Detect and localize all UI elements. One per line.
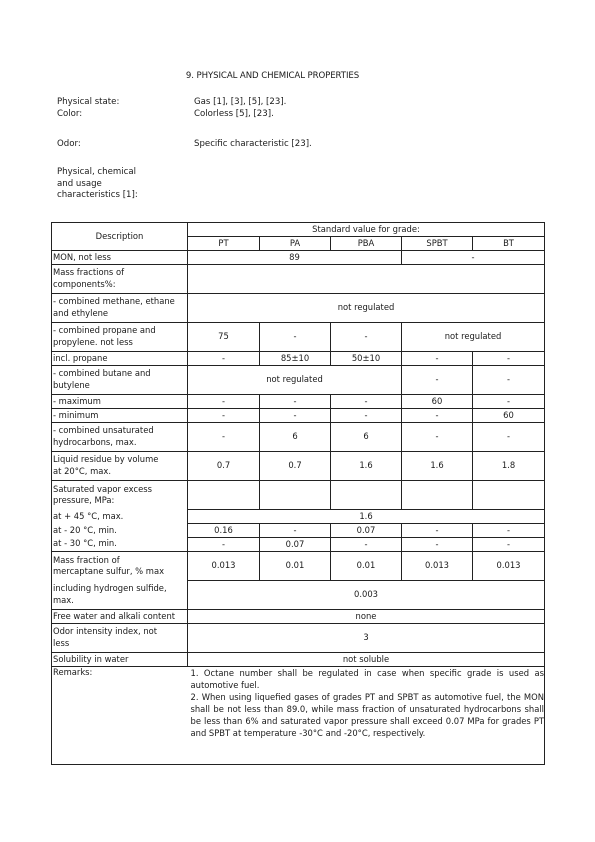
- row-label-line: Mass fractions of: [53, 267, 185, 279]
- row-label-line: Mass fraction of: [53, 555, 185, 567]
- cell-value: -: [402, 524, 473, 538]
- description-header: Description: [52, 223, 188, 251]
- cell-value: 0.07: [331, 524, 402, 538]
- row-label: - combined methane, ethaneand ethylene: [52, 294, 188, 323]
- characteristics-label: Physical, chemical and usage characteris…: [57, 167, 138, 202]
- cell-value: -: [260, 409, 331, 423]
- cell-value: -: [473, 538, 545, 552]
- row-label: Saturated vapor excesspressure, MPa:: [52, 481, 188, 510]
- cell-value: -: [402, 352, 473, 366]
- row-label: at + 45 °C, max.: [52, 510, 188, 524]
- cell-value: -: [331, 395, 402, 409]
- cell-value: 0.01: [331, 552, 402, 581]
- row-label-line: pressure, MPa:: [53, 495, 185, 507]
- grade-header: Standard value for grade:: [188, 223, 545, 237]
- cell-value: not regulated: [188, 366, 402, 395]
- row-label-line: - combined methane, ethane: [53, 296, 185, 308]
- row-label-line: Saturated vapor excess: [53, 484, 185, 496]
- cell-value: -: [260, 524, 331, 538]
- row-label-line: propylene. not less: [53, 337, 185, 349]
- row-label: incl. propane: [52, 352, 188, 366]
- cell-value: [188, 265, 545, 294]
- grade-spbt: SPBT: [402, 237, 473, 251]
- cell-value: 0.013: [402, 552, 473, 581]
- row-label-line: - combined propane and: [53, 325, 185, 337]
- cell-value: -: [188, 538, 260, 552]
- cell-value: -: [402, 538, 473, 552]
- cell-value: 6: [331, 423, 402, 452]
- cell-value: -: [402, 366, 473, 395]
- cell-value: 1.6: [331, 452, 402, 481]
- cell-value: [188, 481, 260, 510]
- table-row: Odor intensity index, notless 3: [52, 624, 545, 653]
- color-value: Colorless [5], [23].: [194, 109, 274, 121]
- cell-value: -: [188, 423, 260, 452]
- table-row: - minimum - - - - 60: [52, 409, 545, 423]
- table-row: Solubility in water not soluble: [52, 653, 545, 667]
- cell-value: -: [260, 395, 331, 409]
- cell-value: -: [188, 409, 260, 423]
- odor-label: Odor:: [57, 139, 81, 151]
- table-row: - maximum - - - 60 -: [52, 395, 545, 409]
- row-label-line: mercaptane sulfur, % max: [53, 566, 185, 578]
- row-label: Odor intensity index, notless: [52, 624, 188, 653]
- row-label-line: Odor intensity index, not: [53, 626, 185, 638]
- table-row: MON, not less 89 -: [52, 251, 545, 265]
- cell-value: -: [331, 409, 402, 423]
- row-label: at - 20 °C, min.: [52, 524, 188, 538]
- row-label: - combined propane andpropylene. not les…: [52, 323, 188, 352]
- remarks-text: 1. Octane number shall be regulated in c…: [188, 667, 545, 765]
- row-label-line: butylene: [53, 380, 185, 392]
- cell-value: -: [402, 423, 473, 452]
- characteristics-label-line: characteristics [1]:: [57, 190, 138, 202]
- row-label: - combined butane andbutylene: [52, 366, 188, 395]
- cell-value: 75: [188, 323, 260, 352]
- cell-value: 1.6: [188, 510, 545, 524]
- cell-value: -: [331, 323, 402, 352]
- row-label-line: less: [53, 638, 185, 650]
- cell-value: 6: [260, 423, 331, 452]
- row-label-line: max.: [53, 595, 185, 607]
- physical-state-value: Gas [1], [3], [5], [23].: [194, 97, 286, 109]
- table-row: at + 45 °C, max. 1.6: [52, 510, 545, 524]
- cell-value: -: [473, 366, 545, 395]
- cell-value: 0.01: [260, 552, 331, 581]
- table-row: Saturated vapor excesspressure, MPa:: [52, 481, 545, 510]
- cell-value: 1.8: [473, 452, 545, 481]
- cell-value: not regulated: [402, 323, 545, 352]
- table-header-row: Description Standard value for grade:: [52, 223, 545, 237]
- grade-bt: BT: [473, 237, 545, 251]
- grade-pt: PT: [188, 237, 260, 251]
- row-label-line: and ethylene: [53, 308, 185, 320]
- cell-value: 60: [402, 395, 473, 409]
- row-label: Liquid residue by volumeat 20°C, max.: [52, 452, 188, 481]
- cell-value: 89: [188, 251, 402, 265]
- row-label-line: hydrocarbons, max.: [53, 437, 185, 449]
- cell-value: 60: [473, 409, 545, 423]
- row-label: Mass fractions ofcomponents%:: [52, 265, 188, 294]
- cell-value: -: [402, 251, 545, 265]
- table-row: - combined butane andbutylene not regula…: [52, 366, 545, 395]
- cell-value: [331, 481, 402, 510]
- physical-state-label: Physical state:: [57, 97, 119, 109]
- table-row: Mass fraction ofmercaptane sulfur, % max…: [52, 552, 545, 581]
- cell-value: 0.07: [260, 538, 331, 552]
- table-row: Liquid residue by volumeat 20°C, max. 0.…: [52, 452, 545, 481]
- cell-value: not soluble: [188, 653, 545, 667]
- cell-value: -: [402, 409, 473, 423]
- color-label: Color:: [57, 109, 82, 121]
- cell-value: -: [473, 524, 545, 538]
- cell-value: 0.013: [188, 552, 260, 581]
- remark-note: 1. Octane number shall be regulated in c…: [191, 667, 545, 691]
- cell-value: none: [188, 610, 545, 624]
- row-label: including hydrogen sulfide,max.: [52, 581, 188, 610]
- cell-value: [473, 481, 545, 510]
- table-row: Free water and alkali content none: [52, 610, 545, 624]
- cell-value: [402, 481, 473, 510]
- row-label: Free water and alkali content: [52, 610, 188, 624]
- cell-value: -: [473, 395, 545, 409]
- cell-value: 3: [188, 624, 545, 653]
- table-row: at - 30 °C, min. - 0.07 - - -: [52, 538, 545, 552]
- row-label: MON, not less: [52, 251, 188, 265]
- cell-value: 0.16: [188, 524, 260, 538]
- cell-value: -: [188, 352, 260, 366]
- row-label-line: - combined butane and: [53, 368, 185, 380]
- row-label-line: - combined unsaturated: [53, 425, 185, 437]
- row-label-line: Liquid residue by volume: [53, 454, 185, 466]
- grade-pa: PA: [260, 237, 331, 251]
- table-row: including hydrogen sulfide,max. 0.003: [52, 581, 545, 610]
- row-label-line: including hydrogen sulfide,: [53, 583, 185, 595]
- cell-value: 0.7: [260, 452, 331, 481]
- row-label: at - 30 °C, min.: [52, 538, 188, 552]
- row-label: - maximum: [52, 395, 188, 409]
- row-label-line: components%:: [53, 279, 185, 291]
- row-label-line: at 20°C, max.: [53, 466, 185, 478]
- table-row: - combined propane andpropylene. not les…: [52, 323, 545, 352]
- cell-value: -: [260, 323, 331, 352]
- row-label: - combined unsaturatedhydrocarbons, max.: [52, 423, 188, 452]
- remarks-label: Remarks:: [52, 667, 188, 765]
- odor-value: Specific characteristic [23].: [194, 139, 312, 151]
- cell-value: 1.6: [402, 452, 473, 481]
- cell-value: [260, 481, 331, 510]
- table-row: - combined methane, ethaneand ethylene n…: [52, 294, 545, 323]
- cell-value: 0.013: [473, 552, 545, 581]
- cell-value: not regulated: [188, 294, 545, 323]
- cell-value: 85±10: [260, 352, 331, 366]
- cell-value: -: [473, 352, 545, 366]
- row-label: Solubility in water: [52, 653, 188, 667]
- row-label: Mass fraction ofmercaptane sulfur, % max: [52, 552, 188, 581]
- remarks-row: Remarks: 1. Octane number shall be regul…: [52, 667, 545, 765]
- properties-table: Description Standard value for grade: PT…: [51, 222, 545, 765]
- remark-note: 2. When using liquefied gases of grades …: [191, 691, 545, 739]
- cell-value: 50±10: [331, 352, 402, 366]
- table-row: - combined unsaturatedhydrocarbons, max.…: [52, 423, 545, 452]
- cell-value: -: [188, 395, 260, 409]
- cell-value: 0.7: [188, 452, 260, 481]
- row-label: - minimum: [52, 409, 188, 423]
- table-row: at - 20 °C, min. 0.16 - 0.07 - -: [52, 524, 545, 538]
- cell-value: 0.003: [188, 581, 545, 610]
- grade-pba: PBA: [331, 237, 402, 251]
- cell-value: -: [331, 538, 402, 552]
- section-title: 9. PHYSICAL AND CHEMICAL PROPERTIES: [0, 71, 545, 81]
- cell-value: -: [473, 423, 545, 452]
- characteristics-label-line: Physical, chemical: [57, 167, 138, 179]
- characteristics-label-line: and usage: [57, 179, 138, 191]
- table-row: Mass fractions ofcomponents%:: [52, 265, 545, 294]
- table-row: incl. propane - 85±10 50±10 - -: [52, 352, 545, 366]
